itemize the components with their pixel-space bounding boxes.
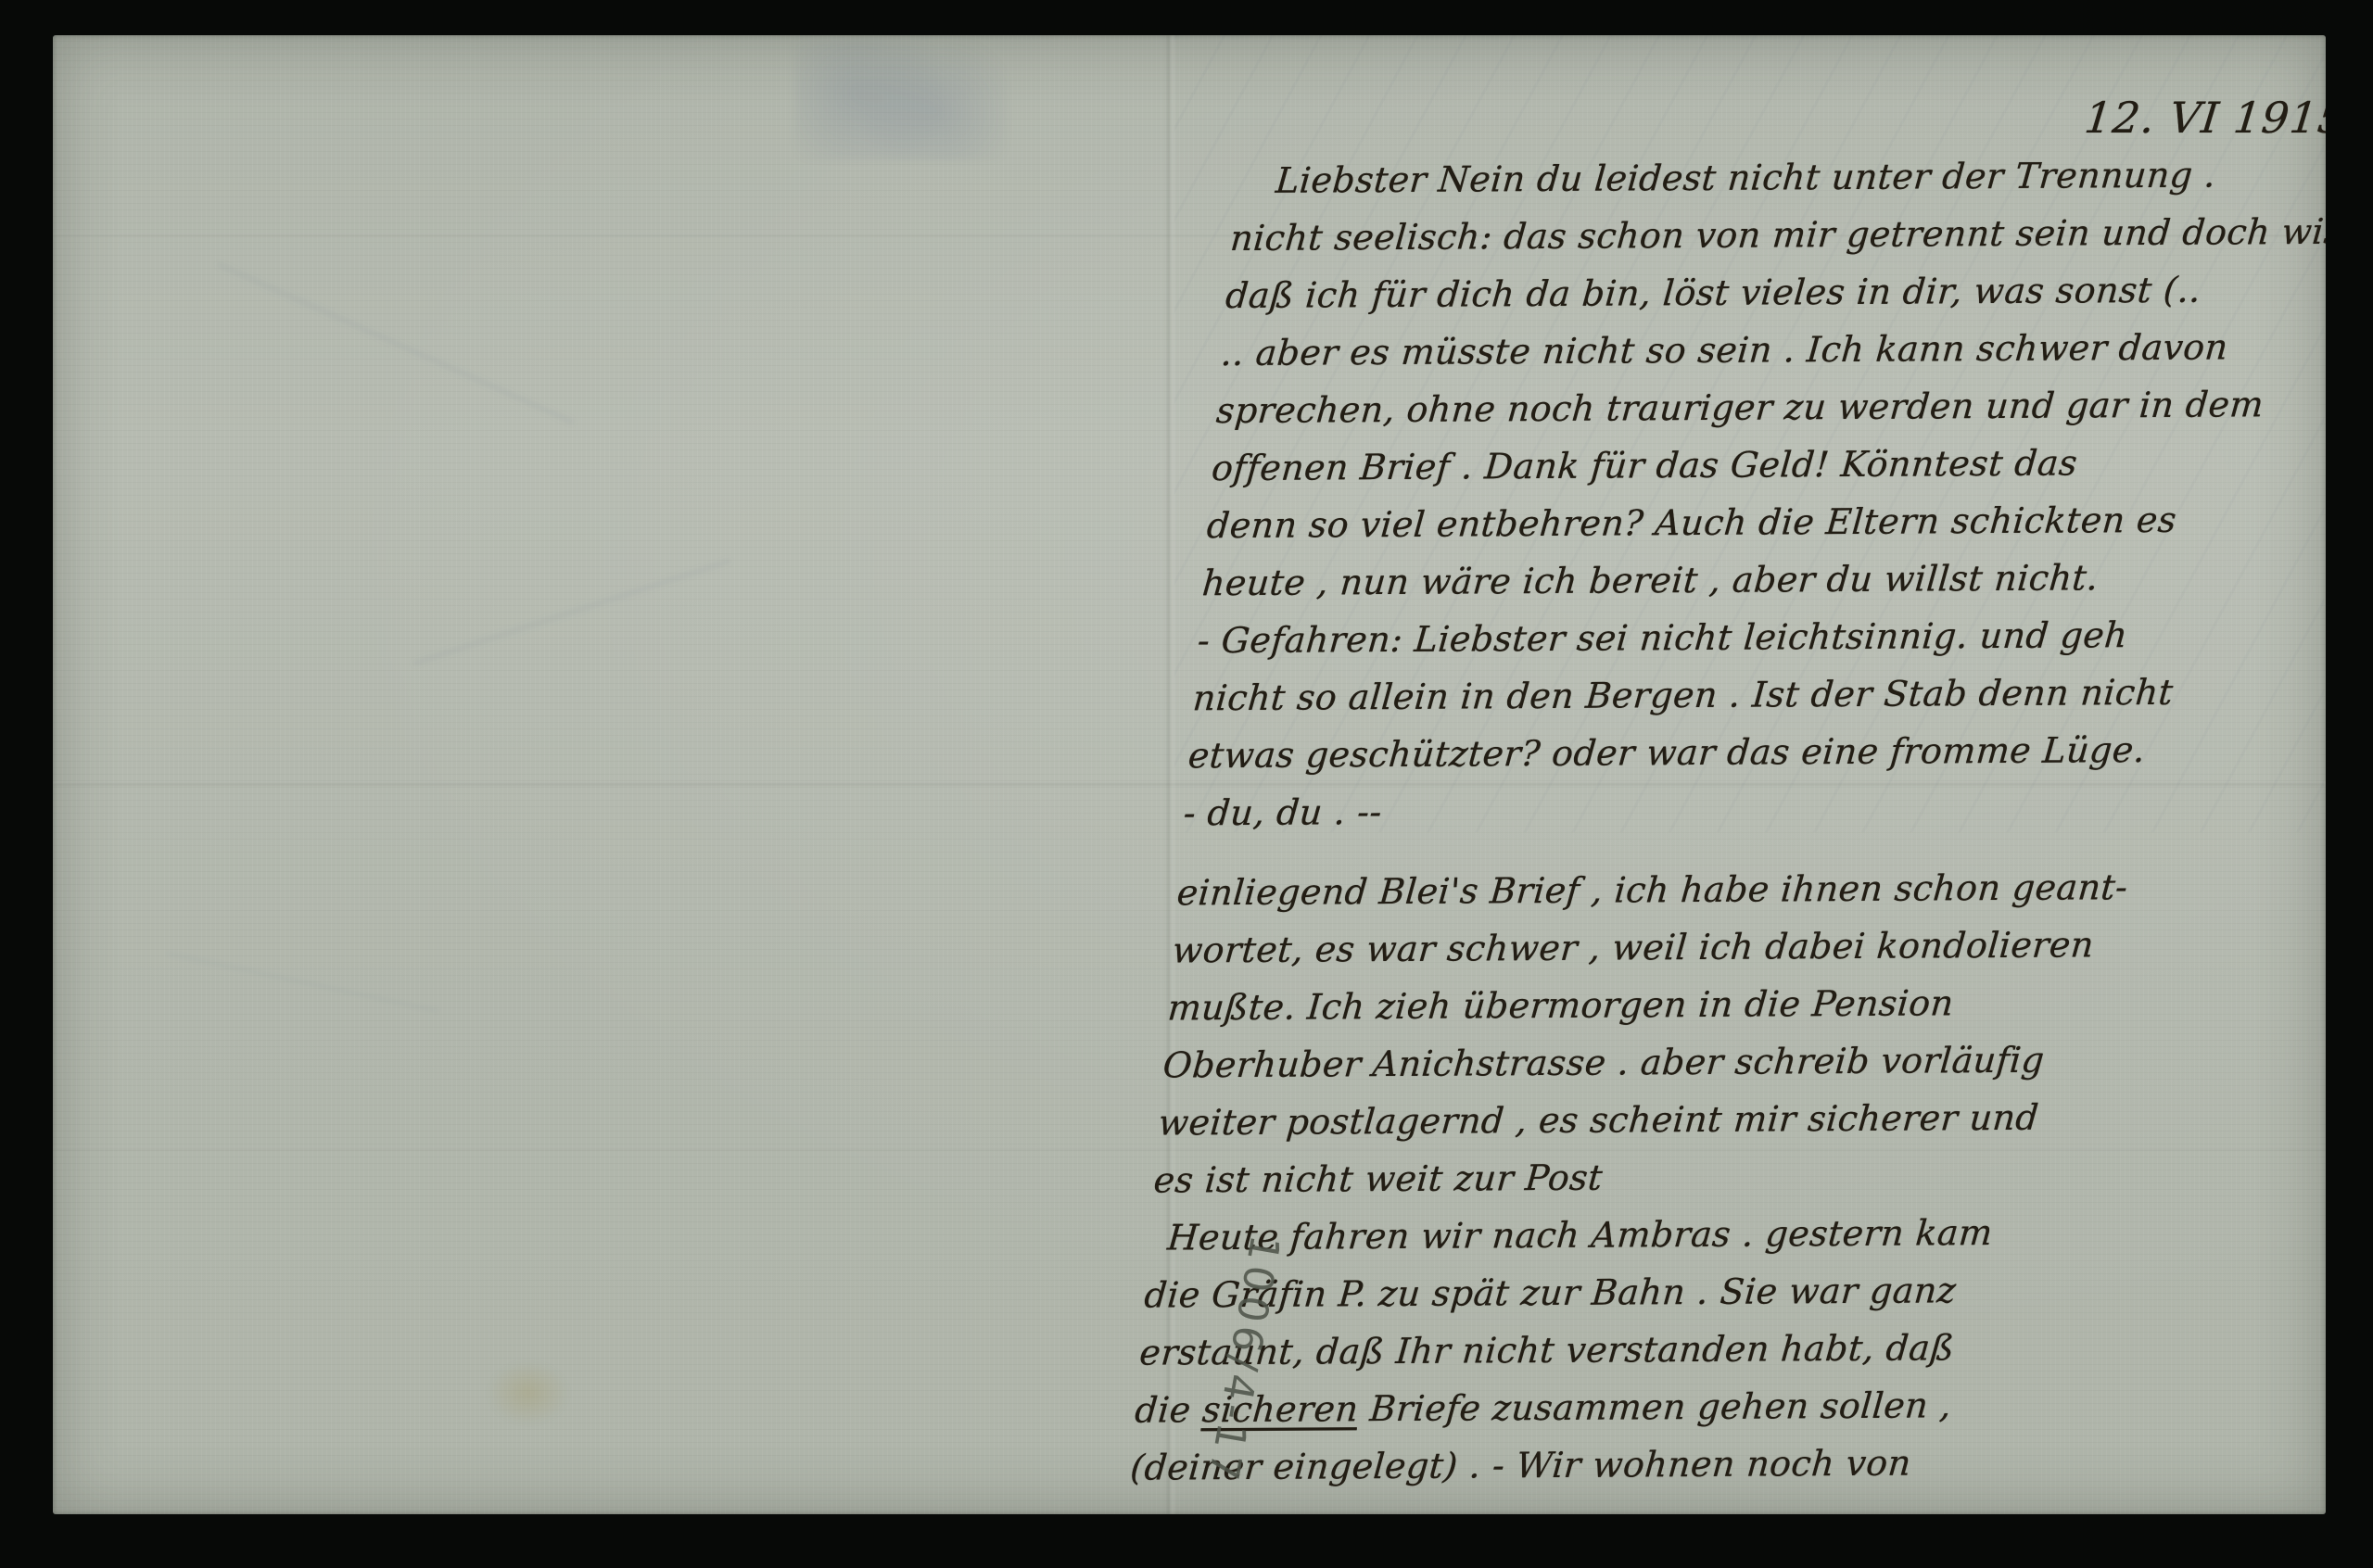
letter-line: denn so viel entbehren? Auch die Eltern … (1205, 490, 2308, 554)
letter-line: Liebster Nein du leidest nicht unter der… (1233, 145, 2326, 209)
ink-bleedthrough-mark (794, 40, 1008, 160)
letter-line: es ist nicht weit zur Post (1151, 1144, 2254, 1208)
letter-line: daß ich für dich da bin, löst vieles in … (1224, 260, 2326, 324)
ink-bleedthrough-streak (167, 952, 439, 1013)
letter-line: wortet, es war schwer , weil ich dabei k… (1170, 915, 2273, 979)
letter-line: Oberhuber Anichstrasse . aber schreib vo… (1161, 1030, 2264, 1094)
letter-line: die Gräfin P. zu spät zur Bahn . Sie war… (1142, 1259, 2245, 1323)
scan-background: { "document": { "type": "handwritten-let… (0, 0, 2373, 1568)
letter-body: Liebster Nein du leidest nicht unter der… (1128, 145, 2326, 1497)
letter-line-segment: Briefe zusammen gehen sollen , (1357, 1385, 1953, 1429)
ink-bleedthrough-streak (217, 262, 575, 424)
letter-line: - Gefahren: Liebster sei nicht leichtsin… (1196, 605, 2299, 669)
letter-line: sprechen, ohne noch trauriger zu werden … (1214, 375, 2317, 439)
letter-line: erstaunt, daß Ihr nicht verstanden habt,… (1137, 1317, 2240, 1381)
letter-line: nicht so allein in den Bergen . Ist der … (1191, 663, 2294, 727)
letter-line: Heute fahren wir nach Ambras . gestern k… (1147, 1202, 2250, 1266)
letter-line: mußte. Ich zieh übermorgen in die Pensio… (1165, 972, 2268, 1036)
paper-stain (487, 1360, 570, 1425)
letter-line: offenen Brief . Dank für das Geld! Könnt… (1210, 433, 2313, 497)
letter-line: die sicheren Briefe zusammen gehen solle… (1133, 1374, 2236, 1438)
letter-line: (deiner eingelegt) . - Wir wohnen noch v… (1128, 1432, 2231, 1496)
letter-line: etwas geschützter? oder war das eine fro… (1186, 720, 2289, 784)
letter-line-segment: die (1134, 1389, 1204, 1430)
letter-line: heute , nun wäre ich bereit , aber du wi… (1200, 548, 2303, 612)
ink-bleedthrough-streak (412, 558, 731, 665)
letter-line: weiter postlagernd , es scheint mir sich… (1156, 1087, 2259, 1151)
letter-line: .. aber es müsste nicht so sein . Ich ka… (1219, 318, 2322, 382)
letter-page: 12. VI 1915 Liebster Nein du leidest nic… (53, 35, 2326, 1514)
letter-date: 12. VI 1915 (2082, 93, 2326, 143)
letter-line: einliegend Blei's Brief , ich habe ihnen… (1174, 857, 2278, 921)
letter-line: - du, du . -- (1181, 778, 2284, 841)
letter-date-text: 12. VI 1915 (2082, 93, 2326, 143)
letter-line: nicht seelisch: das schon von mir getren… (1228, 203, 2326, 267)
